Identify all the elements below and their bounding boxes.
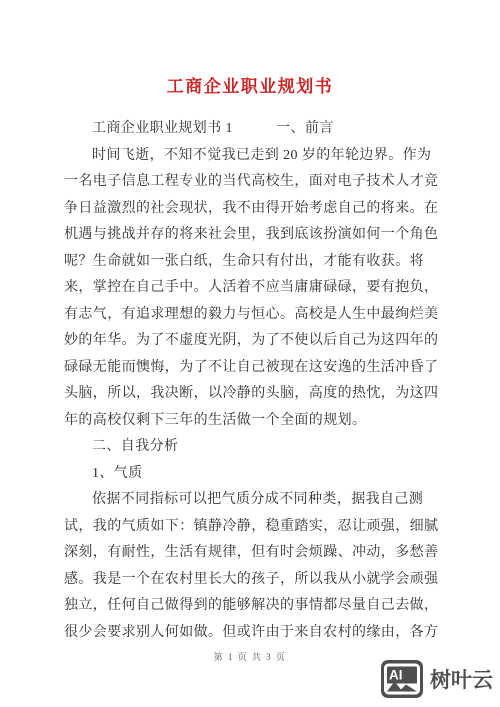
text-line: 独立，任何自己做得到的能够解决的事情都尽量自己去做， [64, 593, 442, 620]
ai-icon-text: AI [389, 668, 403, 683]
text-line: 机遇与挑战并存的将来社会里，我到底该扮演如何一个角色 [64, 222, 442, 249]
text-line: 有志气，有追求理想的毅力与恒心。高校是人生中最绚烂美 [64, 302, 442, 329]
text-line: 年的高校仅剩下三年的生活做一个全面的规划。 [64, 408, 442, 435]
text-line: 工商企业职业规划书 1 一、前言 [64, 116, 442, 143]
text-line: 争日益激烈的社会现状，我不由得开始考虑自己的将来。在 [64, 196, 442, 223]
watermark-logo: AI 树叶云 [381, 660, 493, 698]
text-line: 深刻，有耐性，生活有规律，但有时会烦躁、冲动，多愁善 [64, 540, 442, 567]
document-page: { "colors": { "title_red": "#cc2222", "b… [0, 0, 500, 707]
document-body: 工商企业职业规划书 1 一、前言时间飞逝，不知不觉我已走到 20 岁的年轮边界。… [64, 116, 442, 646]
watermark-label: 树叶云 [430, 664, 493, 694]
text-line: 依据不同指标可以把气质分成不同种类，据我自己测 [64, 487, 442, 514]
text-line: 碌碌无能而懊悔，为了不让自己被现在这安逸的生活冲昏了 [64, 355, 442, 382]
text-line: 呢？生命就如一张白纸，生命只有付出，才能有收获。将 [64, 249, 442, 276]
text-line: 很少会要求别人何如做。但或许由于来自农村的缘由，各方 [64, 620, 442, 647]
text-line: 时间飞逝，不知不觉我已走到 20 岁的年轮边界。作为 [64, 143, 442, 170]
text-line: 妙的年华。为了不虚度光阴，为了不使以后自己为这四年的 [64, 328, 442, 355]
text-line: 头脑，所以，我决断，以冷静的头脑，高度的热忱，为这四 [64, 381, 442, 408]
text-line: 1、气质 [64, 461, 442, 488]
document-lines: 工商企业职业规划书 1 一、前言时间飞逝，不知不觉我已走到 20 岁的年轮边界。… [64, 116, 442, 646]
ai-image-icon: AI [381, 660, 423, 698]
page-title: 工商企业职业规划书 [0, 72, 500, 97]
text-line: 二、自我分析 [64, 434, 442, 461]
text-line: 感。我是一个在农村里长大的孩子，所以我从小就学会顽强 [64, 567, 442, 594]
text-line: 试，我的气质如下：镇静冷静，稳重踏实，忍让顽强，细腻 [64, 514, 442, 541]
text-line: 一名电子信息工程专业的当代高校生，面对电子技术人才竞 [64, 169, 442, 196]
text-line: 来，掌控在自己手中。人活着不应当庸庸碌碌，要有抱负， [64, 275, 442, 302]
